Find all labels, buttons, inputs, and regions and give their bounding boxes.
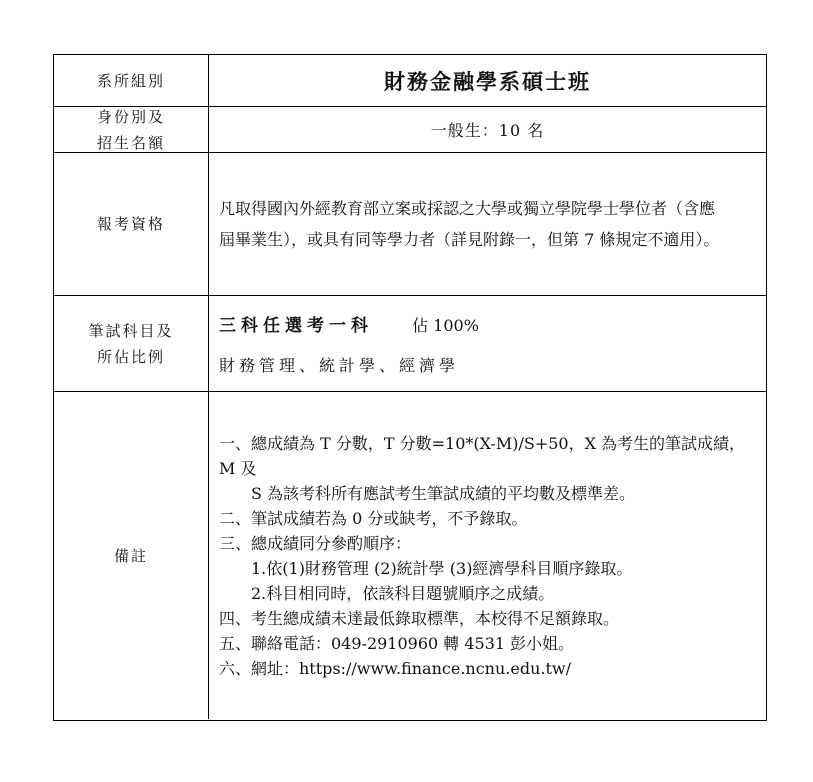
remarks-list: 一、總成績為 T 分數，T 分數=10*(X-M)/S+50，X 為考生的筆試成… [219,431,756,681]
cell-exam-subjects-value: 三科任選考一科 佔 100% 財務管理、統計學、經濟學 [209,296,766,391]
eligibility-line: 屆畢業生），或具有同等學力者（詳見附錄一，但第 7 條規定不適用）。 [219,224,756,255]
label-text-eligibility: 報考資格 [97,211,165,237]
label-text-exam-line2: 所佔比例 [97,344,165,370]
cell-quota-value: 一般生：10 名 [209,107,766,152]
remark-line: 三、總成績同分參酌順序： [219,531,756,556]
cell-remarks-value: 一、總成績為 T 分數，T 分數=10*(X-M)/S+50，X 為考生的筆試成… [209,392,766,719]
remark-line: 五、聯絡電話：049-2910960 轉 4531 彭小姐。 [219,631,756,656]
remark-line: S 為該考科所有應試考生筆試成績的平均數及標準差。 [219,481,756,506]
label-text-exam-line1: 筆試科目及 [88,318,173,344]
table-row-quota: 身份別及 招生名額 一般生：10 名 [54,107,766,153]
remark-line: 2.科目相同時，依該科目題號順序之成績。 [219,581,756,606]
admission-table: 系所組別 財務金融學系碩士班 身份別及 招生名額 一般生：10 名 報考資格 凡… [53,54,767,721]
label-text-quota-line2: 招生名額 [97,130,165,156]
row-label-quota: 身份別及 招生名額 [54,107,209,152]
remark-line: 一、總成績為 T 分數，T 分數=10*(X-M)/S+50，X 為考生的筆試成… [219,431,756,481]
table-row-remarks: 備註 一、總成績為 T 分數，T 分數=10*(X-M)/S+50，X 為考生的… [54,392,766,719]
row-label-exam-subjects: 筆試科目及 所佔比例 [54,296,209,391]
document-page: 系所組別 財務金融學系碩士班 身份別及 招生名額 一般生：10 名 報考資格 凡… [0,0,813,782]
department-title: 財務金融學系碩士班 [384,66,591,96]
row-label-eligibility: 報考資格 [54,153,209,295]
table-row-exam-subjects: 筆試科目及 所佔比例 三科任選考一科 佔 100% 財務管理、統計學、經濟學 [54,296,766,392]
eligibility-text: 凡取得國內外經教育部立案或採認之大學或獨立學院學士學位者（含應 屆畢業生），或具… [219,193,756,255]
cell-eligibility-value: 凡取得國內外經教育部立案或採認之大學或獨立學院學士學位者（含應 屆畢業生），或具… [209,153,766,295]
table-row-department: 系所組別 財務金融學系碩士班 [54,55,766,107]
exam-rule-bold: 三科任選考一科 [219,316,373,336]
label-text-remarks: 備註 [114,543,148,569]
row-label-department: 系所組別 [54,55,209,106]
exam-rule-weight: 佔 100% [412,316,479,335]
table-row-eligibility: 報考資格 凡取得國內外經教育部立案或採認之大學或獨立學院學士學位者（含應 屆畢業… [54,153,766,296]
remark-line: 二、筆試成績若為 0 分或缺考，不予錄取。 [219,506,756,531]
eligibility-line: 凡取得國內外經教育部立案或採認之大學或獨立學院學士學位者（含應 [219,193,756,224]
exam-subjects-list: 財務管理、統計學、經濟學 [219,353,756,376]
quota-text: 一般生：10 名 [431,118,544,141]
remark-line: 四、考生總成績未達最低錄取標準，本校得不足額錄取。 [219,606,756,631]
label-text-quota-line1: 身份別及 [97,104,165,130]
label-text-department: 系所組別 [97,68,165,94]
cell-department-value: 財務金融學系碩士班 [209,55,766,106]
remark-line remark-url: 六、網址：https://www.finance.ncnu.edu.tw/ [219,656,756,681]
remark-line: 1.依(1)財務管理 (2)統計學 (3)經濟學科目順序錄取。 [219,556,756,581]
exam-rule-line: 三科任選考一科 佔 100% [219,311,756,336]
row-label-remarks: 備註 [54,392,209,719]
